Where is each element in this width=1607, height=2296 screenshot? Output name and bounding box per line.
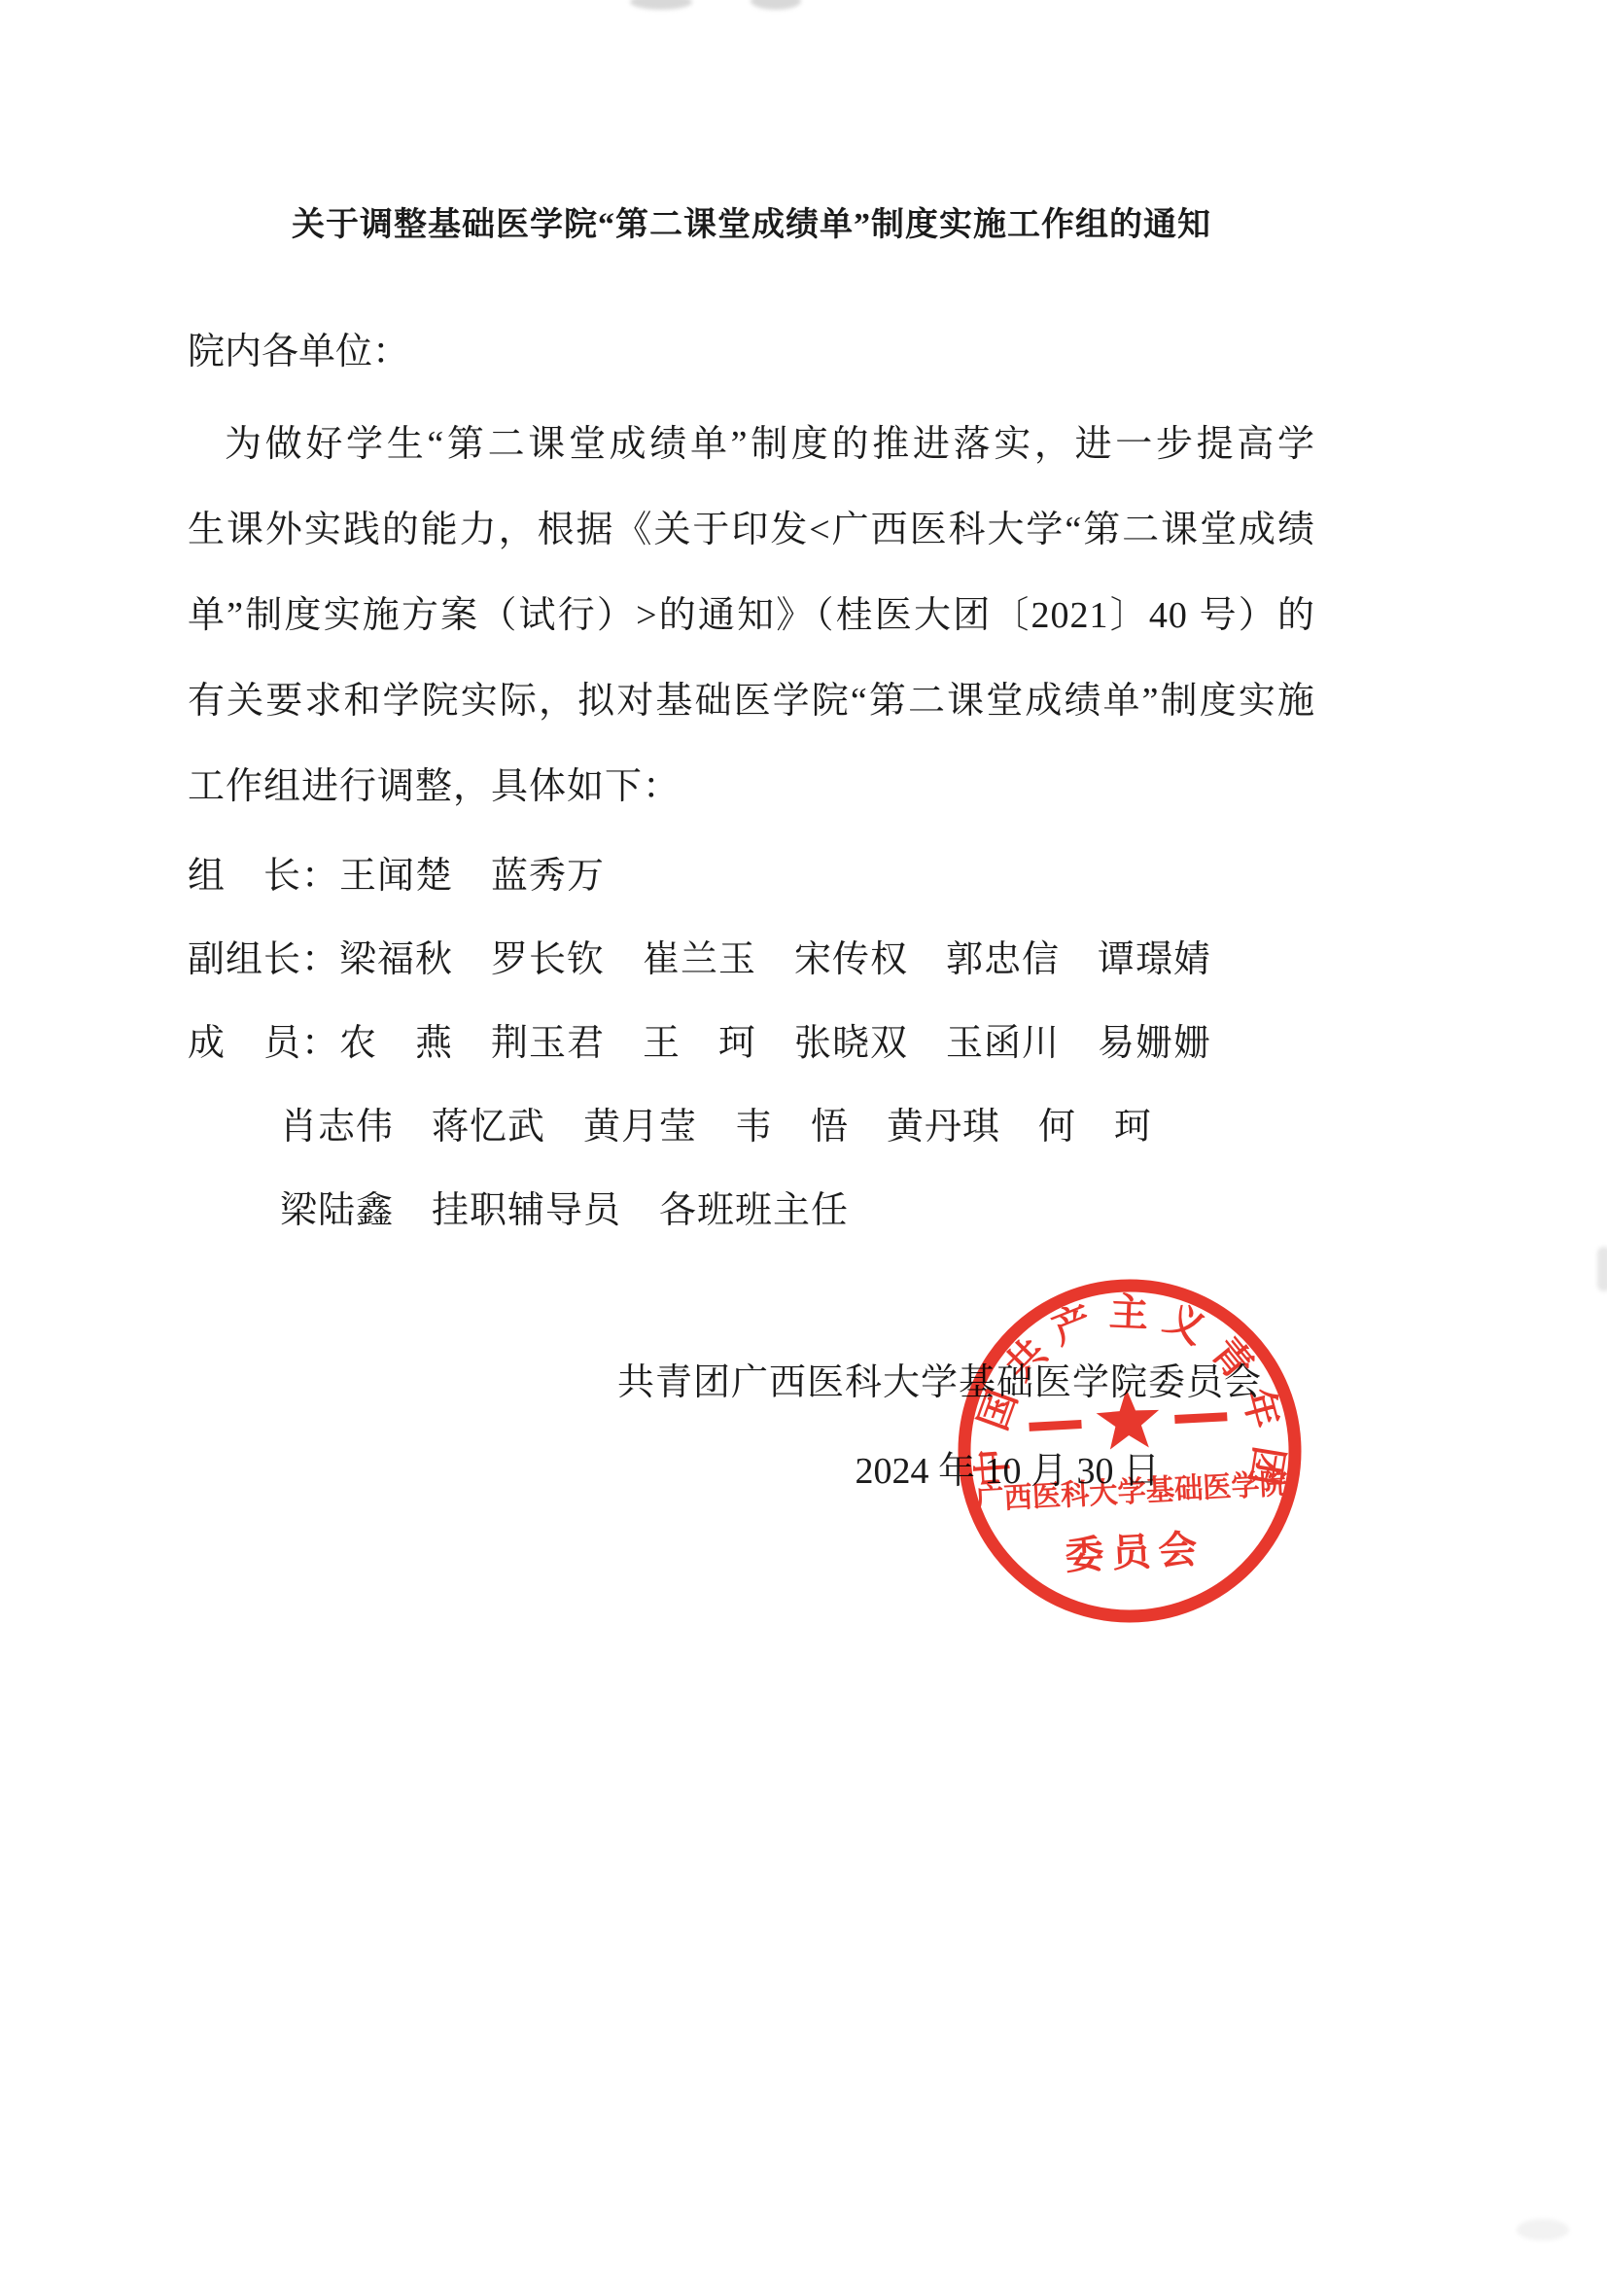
roster-label: 成 员：: [188, 1023, 339, 1064]
seal-committee-text: 委员会: [1064, 1527, 1205, 1577]
roster-label: 副组长：: [188, 939, 339, 980]
document-body: 关于调整基础医学院“第二课堂成绩单”制度实施工作组的通知 院内各单位： 为做好学…: [188, 0, 1315, 2296]
roster-row-members: 成 员：农 燕 荆玉君 王 珂 张晓双 玉函川 易姗姗: [188, 1002, 1315, 1085]
roster-row-members-cont: 梁陆鑫 挂职辅导员 各班班主任: [188, 1169, 1315, 1253]
salutation: 院内各单位：: [188, 325, 1315, 379]
paragraph-line: 为做好学生“第二课堂成绩单”制度的推进落实，进一步提高学: [188, 402, 1315, 487]
roster-names: 农 燕 荆玉君 王 珂 张晓双 玉函川 易姗姗: [339, 1023, 1211, 1064]
scan-artifact: [1517, 2219, 1569, 2241]
seal-left-bar: [1030, 1425, 1082, 1428]
scanned-document-page: 关于调整基础医学院“第二课堂成绩单”制度实施工作组的通知 院内各单位： 为做好学…: [0, 0, 1607, 2296]
official-red-seal: 中国共产主义青年团 广西医科大学基础医学院 委员会: [945, 1266, 1314, 1636]
roster-row-members-cont: 肖志伟 蒋忆武 黄月莹 韦 悟 黄丹琪 何 珂: [188, 1085, 1315, 1169]
paragraph-line: 生课外实践的能力，根据《关于印发<广西医科大学“第二课堂成绩: [188, 487, 1315, 573]
roster-names: 王闻楚 蓝秀万: [339, 856, 605, 897]
star-icon: [1095, 1387, 1161, 1450]
roster-row-leader: 组 长：王闻楚 蓝秀万: [188, 834, 1315, 918]
seal-graphic: 中国共产主义青年团 广西医科大学基础医学院 委员会: [945, 1266, 1314, 1636]
roster-names: 梁福秋 罗长钦 崔兰玉 宋传权 郭忠信 谭璟婧: [339, 939, 1211, 980]
paragraph-line: 有关要求和学院实际，拟对基础医学院“第二课堂成绩单”制度实施: [188, 658, 1315, 744]
paragraph-line: 工作组进行调整，具体如下：: [188, 744, 1315, 830]
roster-names: 肖志伟 蒋忆武 黄月莹 韦 悟 黄丹琪 何 珂: [280, 1107, 1152, 1148]
roster-label: 组 长：: [188, 856, 339, 897]
scan-artifact: [1597, 1247, 1607, 1291]
roster-row-deputy: 副组长：梁福秋 罗长钦 崔兰玉 宋传权 郭忠信 谭璟婧: [188, 918, 1315, 1002]
seal-organization-text: 广西医科大学基础医学院: [975, 1467, 1289, 1517]
main-paragraph: 为做好学生“第二课堂成绩单”制度的推进落实，进一步提高学 生课外实践的能力，根据…: [188, 402, 1315, 830]
paragraph-line: 单”制度实施方案（试行）>的通知》（桂医大团〔2021〕40 号）的: [188, 573, 1315, 658]
document-title: 关于调整基础医学院“第二课堂成绩单”制度实施工作组的通知: [188, 199, 1315, 252]
seal-right-bar: [1174, 1417, 1227, 1420]
working-group-roster: 组 长：王闻楚 蓝秀万 副组长：梁福秋 罗长钦 崔兰玉 宋传权 郭忠信 谭璟婧 …: [188, 834, 1315, 1253]
roster-names: 梁陆鑫 挂职辅导员 各班班主任: [280, 1190, 849, 1231]
